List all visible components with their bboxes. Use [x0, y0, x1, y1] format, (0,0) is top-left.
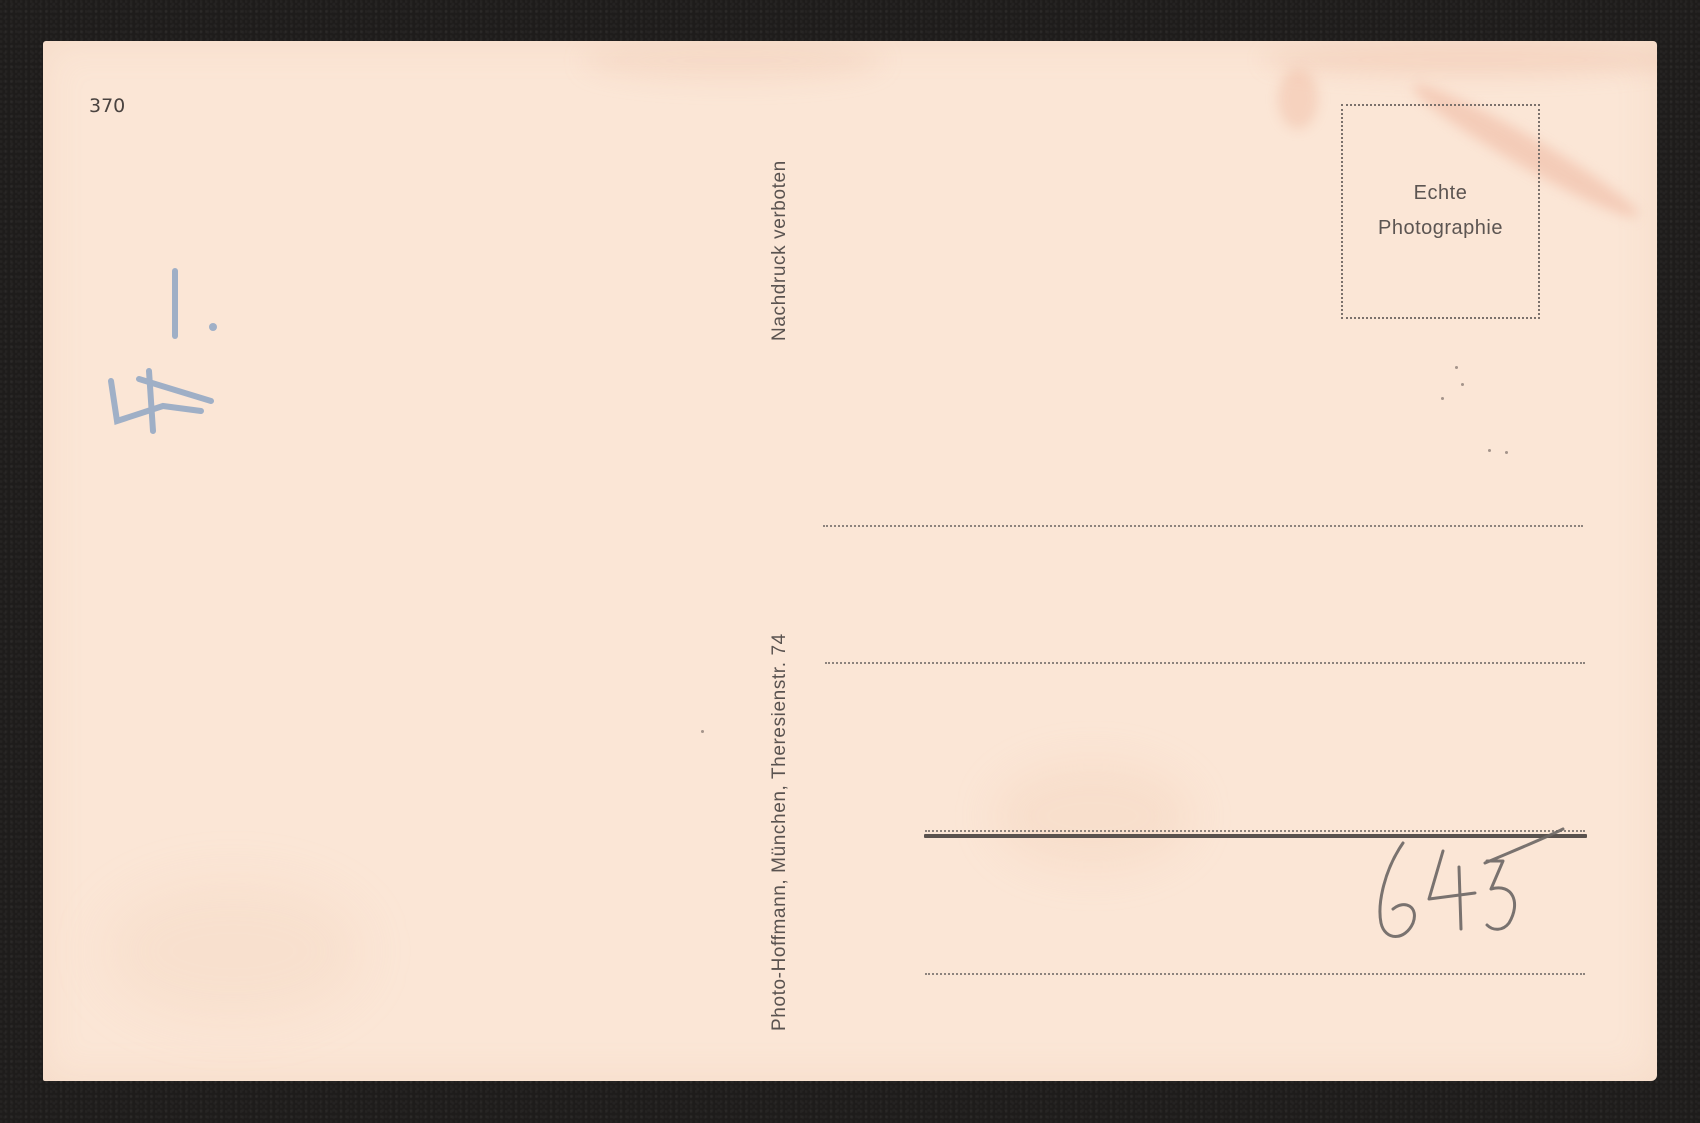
stamp-box: Echte Photographie [1341, 104, 1540, 319]
stain-top-right [1263, 43, 1657, 77]
stain-lower-center [993, 761, 1193, 871]
address-line-2 [825, 662, 1585, 664]
postcard-back: 370 Nachdruck verboten Photo-Hoffmann, M… [43, 41, 1657, 1081]
speck [1455, 366, 1458, 369]
stamp-box-line-1: Echte [1414, 176, 1468, 211]
publisher-imprint: Photo-Hoffmann, München, Theresienstr. 7… [769, 633, 791, 1031]
speck [1505, 451, 1508, 454]
stamp-box-line-2: Photographie [1378, 211, 1503, 246]
stain-lower-left [103, 881, 363, 1021]
handwritten-price-note: 4.- [101, 261, 231, 451]
address-line-1 [823, 525, 1583, 527]
stain-drip [1278, 69, 1318, 129]
copyright-notice: Nachdruck verboten [769, 160, 791, 341]
speck [1441, 397, 1444, 400]
stain-top-center [583, 41, 883, 81]
catalog-number: 370 [89, 95, 125, 117]
speck [701, 730, 704, 733]
speck [1488, 449, 1491, 452]
address-line-3 [925, 830, 1585, 832]
speck [1461, 383, 1464, 386]
address-underline [924, 834, 1587, 838]
address-line-4 [925, 973, 1585, 975]
